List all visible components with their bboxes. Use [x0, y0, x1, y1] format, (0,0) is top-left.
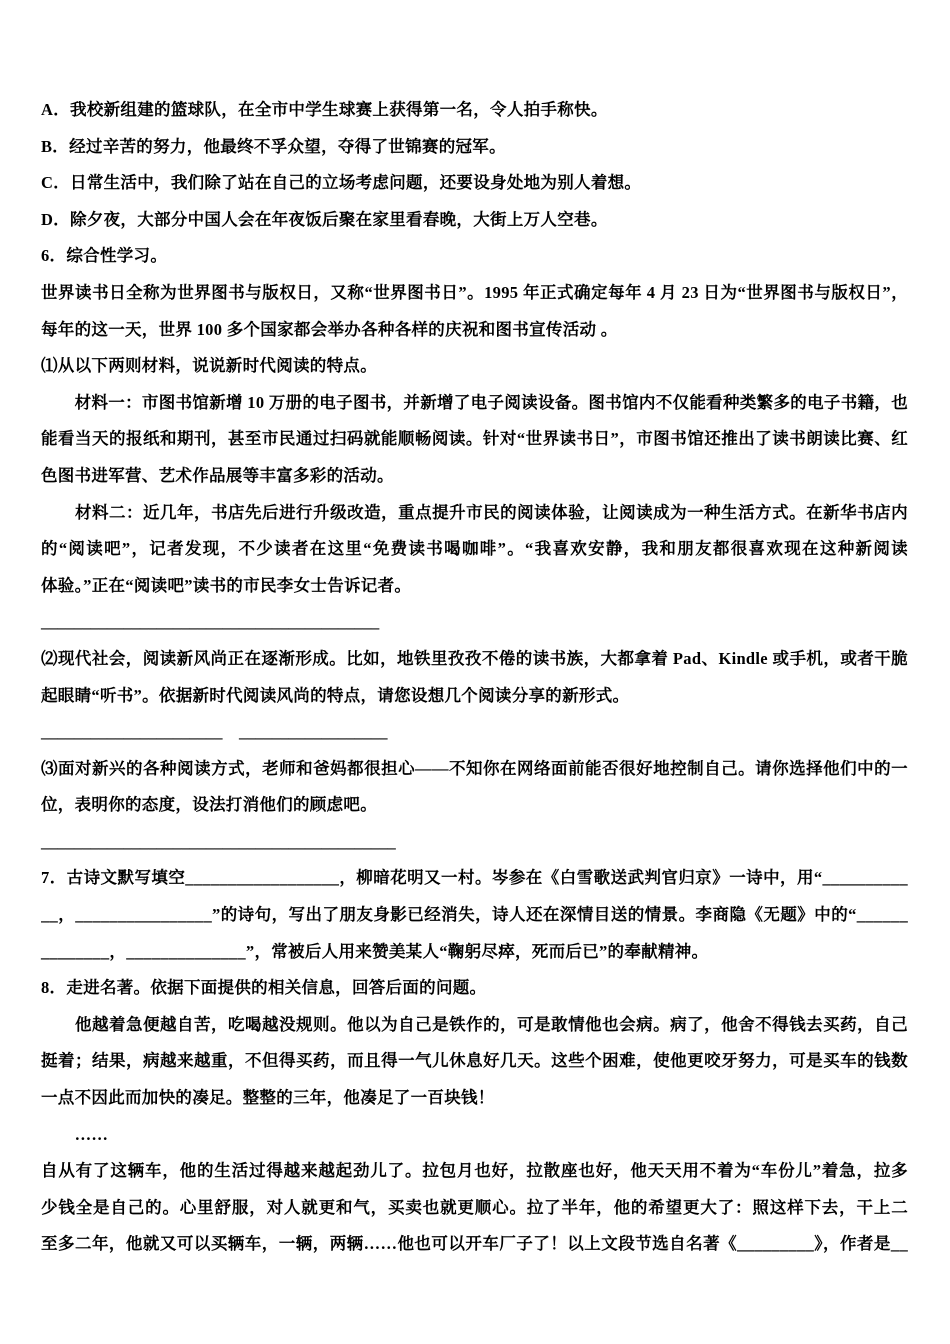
text-line: 他越着急便越自苦，吃喝越没规则。他以为自己是铁作的，可是敢情他也会病。病了，他舍… [41, 1007, 908, 1044]
text-line: 的“阅读吧”，记者发现，不少读者在这里“免费读书喝咖啡”。“我喜欢安静，我和朋友… [41, 531, 908, 568]
text-line: ⑴从以下两则材料，说说新时代阅读的特点。 [41, 348, 908, 385]
text-line: A．我校新组建的篮球队，在全市中学生球赛上获得第一名，令人拍手称快。 [41, 92, 908, 129]
text-line: B．经过辛苦的努力，他最终不孚众望，夺得了世锦赛的冠军。 [41, 129, 908, 166]
text-line: 8．走进名著。依据下面提供的相关信息，回答后面的问题。 [41, 970, 908, 1007]
answer-blank-line: ________________________________________… [41, 604, 908, 641]
answer-blank-line: ________________________________________… [41, 824, 908, 861]
text-line: 起眼睛“听书”。依据新时代阅读风尚的特点，请您设想几个阅读分享的新形式。 [41, 678, 908, 715]
text-line: 色图书进军营、艺术作品展等丰富多彩的活动。 [41, 458, 908, 495]
text-line: 体验。”正在“阅读吧”读书的市民李女士告诉记者。 [41, 568, 908, 605]
document-body: A．我校新组建的篮球队，在全市中学生球赛上获得第一名，令人拍手称快。B．经过辛苦… [41, 92, 908, 1263]
text-line: __，________________”的诗句，写出了朋友身影已经消失，诗人还在… [41, 897, 908, 934]
text-line: ________，______________”，常被后人用来赞美某人“鞠躬尽瘁… [41, 934, 908, 971]
text-line: …… [41, 1117, 908, 1154]
text-line: 每年的这一天，世界 100 多个国家都会举办各种各样的庆祝和图书宣传活动 。 [41, 312, 908, 349]
text-line: 自从有了这辆车，他的生活过得越来越起劲儿了。拉包月也好，拉散座也好，他天天用不着… [41, 1153, 908, 1190]
text-line: 材料二：近几年，书店先后进行升级改造，重点提升市民的阅读体验，让阅读成为一种生活… [41, 495, 908, 532]
text-line: 挺着；结果，病越来越重，不但得买药，而且得一气儿休息好几天。这些个困难，使他更咬… [41, 1043, 908, 1080]
text-line: 一点不因此而加快的凑足。整整的三年，他凑足了一百块钱！ [41, 1080, 908, 1117]
text-line: 位，表明你的态度，设法打消他们的顾虑吧。 [41, 787, 908, 824]
text-line: ⑶面对新兴的各种阅读方式，老师和爸妈都很担心——不知你在网络面前能否很好地控制自… [41, 751, 908, 788]
answer-blank-line: ______________________ _________________… [41, 714, 908, 751]
text-line: 7．古诗文默写填空__________________，柳暗花明又一村。岑参在《… [41, 860, 908, 897]
text-line: 材料一：市图书馆新增 10 万册的电子图书，并新增了电子阅读设备。图书馆内不仅能… [41, 385, 908, 422]
text-line: 至多二年，他就又可以买辆车，一辆，两辆……他也可以开车厂子了！以上文段节选自名著… [41, 1226, 908, 1263]
text-line: C．日常生活中，我们除了站在自己的立场考虑问题，还要设身处地为别人着想。 [41, 165, 908, 202]
text-line: 少钱全是自己的。心里舒服，对人就更和气，买卖也就更顺心。拉了半年，他的希望更大了… [41, 1190, 908, 1227]
text-line: D．除夕夜，大部分中国人会在年夜饭后聚在家里看春晚，大街上万人空巷。 [41, 202, 908, 239]
text-line: 世界读书日全称为世界图书与版权日，又称“世界图书日”。1995 年正式确定每年 … [41, 275, 908, 312]
text-line: 6．综合性学习。 [41, 238, 908, 275]
exam-paper-page: A．我校新组建的篮球队，在全市中学生球赛上获得第一名，令人拍手称快。B．经过辛苦… [0, 0, 950, 1344]
text-line: ⑵现代社会，阅读新风尚正在逐渐形成。比如，地铁里孜孜不倦的读书族，大都拿着 Pa… [41, 641, 908, 678]
text-line: 能看当天的报纸和期刊，甚至市民通过扫码就能顺畅阅读。针对“世界读书日”，市图书馆… [41, 421, 908, 458]
